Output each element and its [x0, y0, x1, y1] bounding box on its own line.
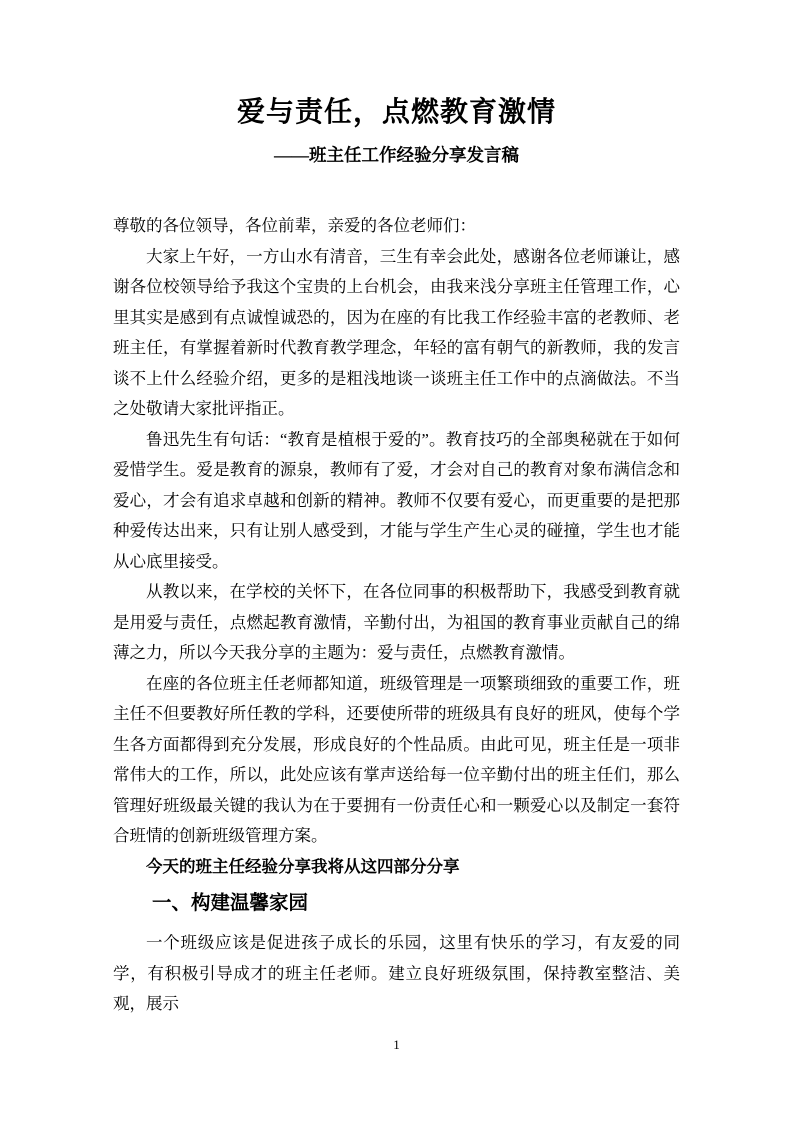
- paragraph-theme: 从教以来，在学校的关怀下，在各位同事的积极帮助下，我感受到教育就是用爱与责任，点…: [113, 577, 680, 669]
- document-title: 爱与责任，点燃教育激情: [113, 96, 680, 130]
- section-1-paragraph: 一个班级应该是促进孩子成长的乐园，这里有快乐的学习，有友爱的同学，有积极引导成才…: [113, 928, 680, 1020]
- salutation-line: 尊敬的各位领导，各位前辈，亲爱的各位老师们：: [113, 211, 680, 242]
- document-content: 爱与责任，点燃教育激情 ——班主任工作经验分享发言稿 尊敬的各位领导，各位前辈，…: [113, 0, 680, 1020]
- document-page: 爱与责任，点燃教育激情 ——班主任工作经验分享发言稿 尊敬的各位领导，各位前辈，…: [0, 0, 793, 1122]
- document-body: 尊敬的各位领导，各位前辈，亲爱的各位老师们： 大家上午好，一方山水有清音，三生有…: [113, 211, 680, 1020]
- paragraph-opening: 大家上午好，一方山水有清音，三生有幸会此处，感谢各位老师谦让，感谢各位校领导给予…: [113, 242, 680, 425]
- lead-bold-line: 今天的班主任经验分享我将从这四部分分享: [113, 852, 680, 883]
- paragraph-class-management: 在座的各位班主任老师都知道，班级管理是一项繁琐细致的重要工作，班主任不但要教好所…: [113, 669, 680, 852]
- document-subtitle: ——班主任工作经验分享发言稿: [113, 143, 680, 167]
- section-1-heading: 一、构建温馨家园: [113, 891, 680, 917]
- page-number: 1: [0, 1037, 793, 1053]
- paragraph-luxun-quote: 鲁迅先生有句话：“教育是植根于爱的”。教育技巧的全部奥秘就在于如何爱惜学生。爱是…: [113, 425, 680, 578]
